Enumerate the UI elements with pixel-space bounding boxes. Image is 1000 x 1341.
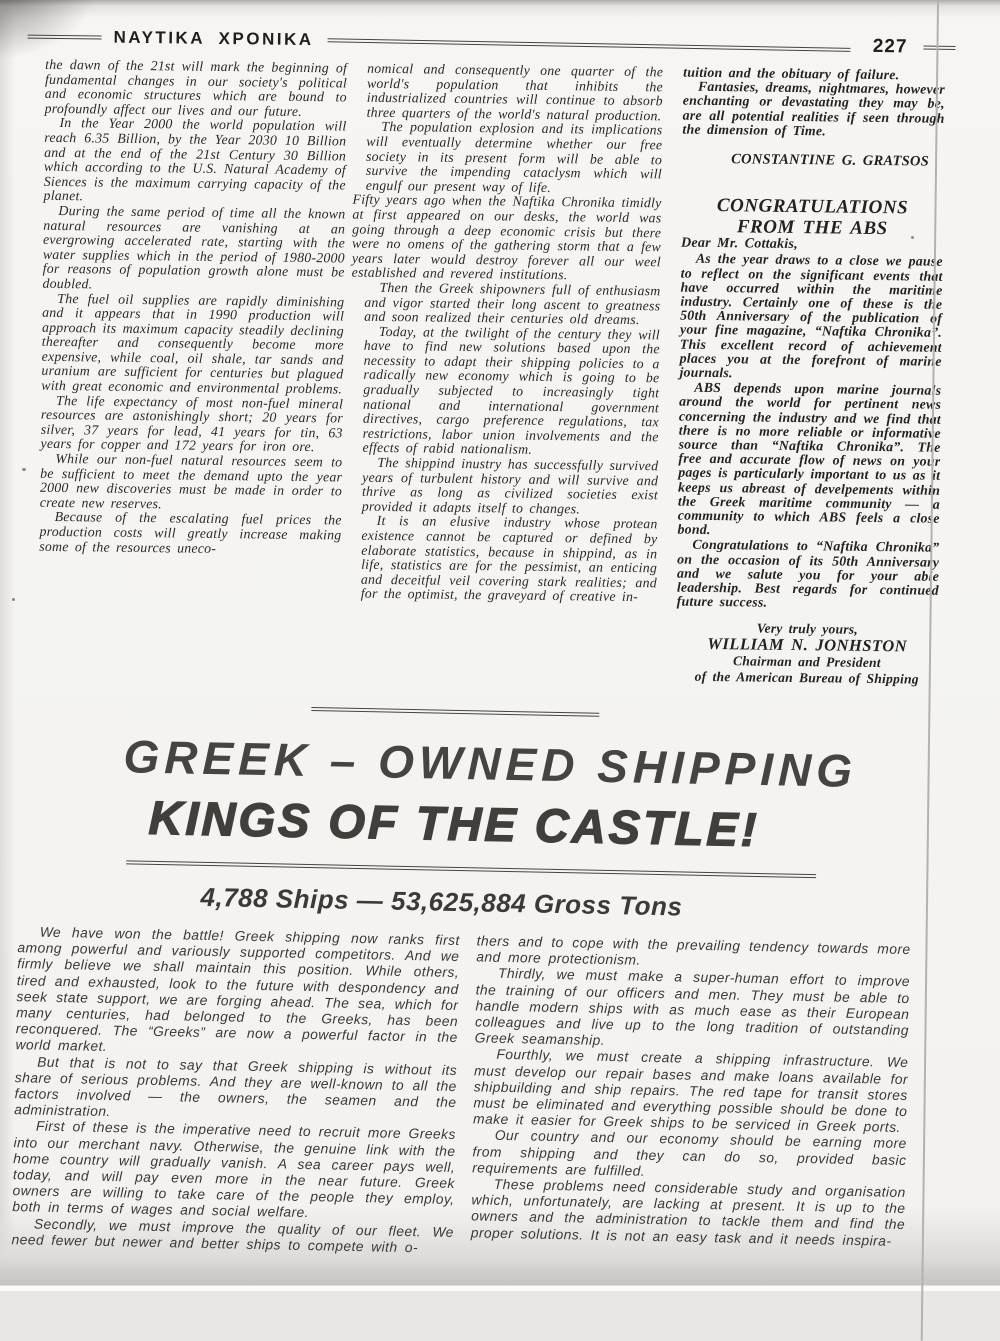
paragraph: Thirdly, we must make a super-human effo… xyxy=(475,966,911,1056)
paragraph: nomical and consequently one quarter of … xyxy=(367,62,664,124)
paragraph: First of these is the imperative need to… xyxy=(12,1119,456,1225)
page-content: NAYTIKA XPONIKA 227 the dawn of the 21st… xyxy=(0,0,1000,1260)
paragraph: In the Year 2000 the world population wi… xyxy=(44,116,347,207)
feature-article: GREEK – OWNED SHIPPING KINGS OF THE CAST… xyxy=(0,701,991,1268)
feature-divider-rule xyxy=(126,860,816,878)
article-column-3: tuition and the obituary of failure. Fan… xyxy=(676,66,946,697)
feature-column-right: thers and to cope with the prevailing te… xyxy=(470,933,910,1266)
article-column-1: the dawn of the 21st will mark the begin… xyxy=(38,58,348,690)
paragraph: The shippind inustry has successfully su… xyxy=(362,456,659,518)
magazine-page-scan: NAYTIKA XPONIKA 227 the dawn of the 21st… xyxy=(0,0,1000,1291)
author-signature: CONSTANTINE G. GRATSOS xyxy=(682,152,944,169)
letter-heading-line1: CONGRATULATIONS xyxy=(681,195,943,219)
header-rule-long xyxy=(328,38,851,52)
paragraph: the dawn of the 21st will mark the begin… xyxy=(45,58,348,120)
paragraph: We have won the battle! Greek shipping n… xyxy=(15,924,460,1062)
magazine-title: NAYTIKA XPONIKA xyxy=(113,28,313,50)
feature-columns: We have won the battle! Greek shipping n… xyxy=(0,909,987,1268)
paragraph: ABS depends upon marine journals around … xyxy=(677,381,941,540)
paragraph: Then the Greek shipowners full of enthus… xyxy=(364,281,661,328)
paragraph: It is an elusive industry whose protean … xyxy=(361,514,658,605)
page-number: 227 xyxy=(873,36,908,58)
paragraph: The life expectancy of most non-fuel min… xyxy=(40,393,343,455)
paragraph: Because of the escalating fuel prices th… xyxy=(39,510,342,557)
letter-signer-title: of the American Bureau of Shipping xyxy=(676,669,938,689)
feature-column-left: We have won the battle! Greek shipping n… xyxy=(11,924,459,1257)
paragraph: The fuel oil supplies are rapidly dimini… xyxy=(41,291,344,397)
paragraph: Fifty years ago when the Naftika Chronik… xyxy=(352,193,662,284)
paragraph: As the year draws to a close we pause to… xyxy=(679,252,943,383)
paragraph: These problems need considerable study a… xyxy=(471,1176,906,1250)
paragraph: Fourthly, we must create a shipping infr… xyxy=(473,1047,909,1137)
top-article-columns: the dawn of the 21st will mark the begin… xyxy=(0,47,999,697)
header-rule-right xyxy=(923,46,955,50)
paragraph: But that is not to say that Greek shippi… xyxy=(14,1054,457,1128)
paragraph: Today, at the twilight of the century th… xyxy=(362,324,660,459)
header-rule-left xyxy=(28,35,102,40)
paragraph: During the same period of time all the k… xyxy=(42,204,345,295)
feature-top-rule xyxy=(311,707,599,717)
scan-speck xyxy=(22,468,26,471)
article-column-2: nomical and consequently one quarter of … xyxy=(360,62,664,694)
letter-closing-block: Very truly yours, WILLIAM N. JONHSTON Ch… xyxy=(676,619,939,688)
paragraph: Congratulations to “Naftika Chronika” on… xyxy=(677,538,940,612)
feature-headline-line2: KINGS OF THE CASTLE! xyxy=(0,787,920,861)
scan-speck xyxy=(12,598,15,601)
paragraph: The population explosion and its implica… xyxy=(366,120,663,197)
paragraph: While our non-fuel natural resources see… xyxy=(40,452,343,514)
letter-heading: CONGRATULATIONS FROM THE ABS xyxy=(681,195,943,240)
paragraph: Our country and our economy should be ea… xyxy=(472,1128,907,1185)
scan-speck xyxy=(911,236,914,239)
letter-signer-name: WILLIAM N. JONHSTON xyxy=(676,636,938,656)
paragraph: Fantasies, dreams, nightmares, however e… xyxy=(682,80,945,140)
